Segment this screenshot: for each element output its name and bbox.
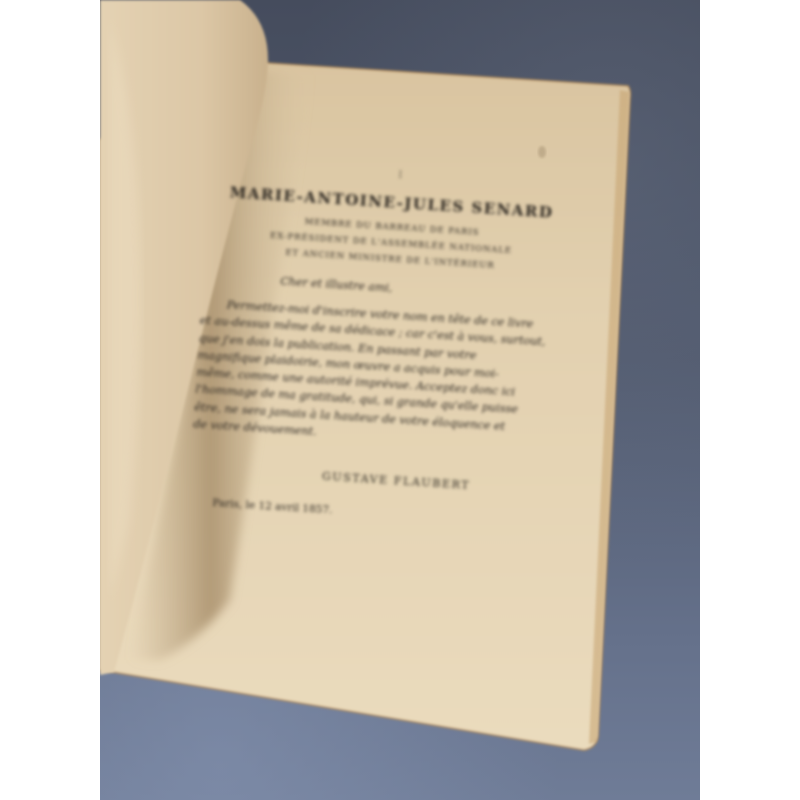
author-signature: GUSTAVE FLAUBERT <box>230 464 562 498</box>
book-photo: I MARIE-ANTOINE-JULES SENARD MEMBRE DU B… <box>100 0 700 800</box>
salutation: Cher et illustre ami, <box>280 275 574 306</box>
dedication-body: Permettez-moi d'inscrire votre nom en tê… <box>193 295 573 456</box>
paper-stain <box>538 146 546 158</box>
dedication-text: I MARIE-ANTOINE-JULES SENARD MEMBRE DU B… <box>188 158 581 531</box>
